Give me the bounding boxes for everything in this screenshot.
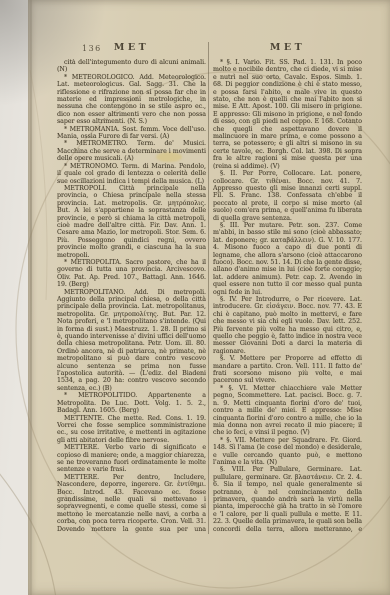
dictionary-paragraph: METTERE. Per dentro, Includere, Nasconde…: [57, 474, 206, 533]
dictionary-paragraph: * METROMANIA. Sost. femm. Voce dell'uso.…: [57, 126, 206, 141]
dictionary-paragraph: * METROPOLITA. Sacro pastore, che ha il …: [57, 259, 206, 289]
column-divider-rule: [208, 42, 209, 534]
dictionary-paragraph: METROPOLITANO. Add. Di metropoli. Aggiun…: [57, 289, 206, 393]
dictionary-paragraph: METTERE. Verbo vario di significato e co…: [57, 444, 206, 474]
dictionary-paragraph: §. IV. Per Introdurre, o Per ricevere. L…: [213, 296, 362, 355]
dictionary-paragraph: * METROMETRO. Term. de' Musici. Macchina…: [57, 140, 206, 162]
dictionary-paragraph: §. III. Per mutare. Petr. son. 237. Come…: [213, 222, 362, 296]
dictionary-paragraph: §. VIII. Per Pullulare, Germinare. Lat. …: [213, 466, 362, 533]
dictionary-paragraph: * METRONOMO. Term. di Marina. Pendolo, i…: [57, 163, 206, 185]
running-head-right: MET: [213, 42, 362, 53]
dictionary-paragraph: * METROPOLITIDO. Appartenente a Metropol…: [57, 392, 206, 414]
running-head-left: MET: [57, 42, 206, 53]
dictionary-paragraph: * §. VI. Metter chiacchiere vale Metter …: [213, 385, 362, 437]
dictionary-paragraph: * METEOROLOGICO. Add. Meteorologico. Lat…: [57, 74, 206, 126]
scanned-dictionary-page: 136 MET MET cità dell'integumento duro d…: [0, 0, 390, 595]
dictionary-paragraph: cità dell'integumento duro di alcuni ani…: [57, 59, 206, 74]
dictionary-paragraph: * §. I. Vario. Fit. SS. Pad. 1. 131. In …: [213, 59, 362, 170]
dictionary-paragraph: METROPOLI. Città principale nella provin…: [57, 185, 206, 259]
dictionary-paragraph: §. V. Mettere per Proporre ad effetto di…: [213, 355, 362, 385]
text-column-right: * §. I. Vario. Fit. SS. Pad. 1. 131. In …: [213, 59, 362, 533]
dictionary-paragraph: §. II. Per Porre, Collocare. Lat. ponere…: [213, 170, 362, 222]
dictionary-paragraph: METTENTE. Che mette. Red. Cons. 1. 19. V…: [57, 415, 206, 445]
dictionary-paragraph: * §. VII. Mettere per Squadrare. Fr. Gio…: [213, 437, 362, 467]
text-column-left: cità dell'integumento duro di alcuni ani…: [57, 59, 206, 533]
